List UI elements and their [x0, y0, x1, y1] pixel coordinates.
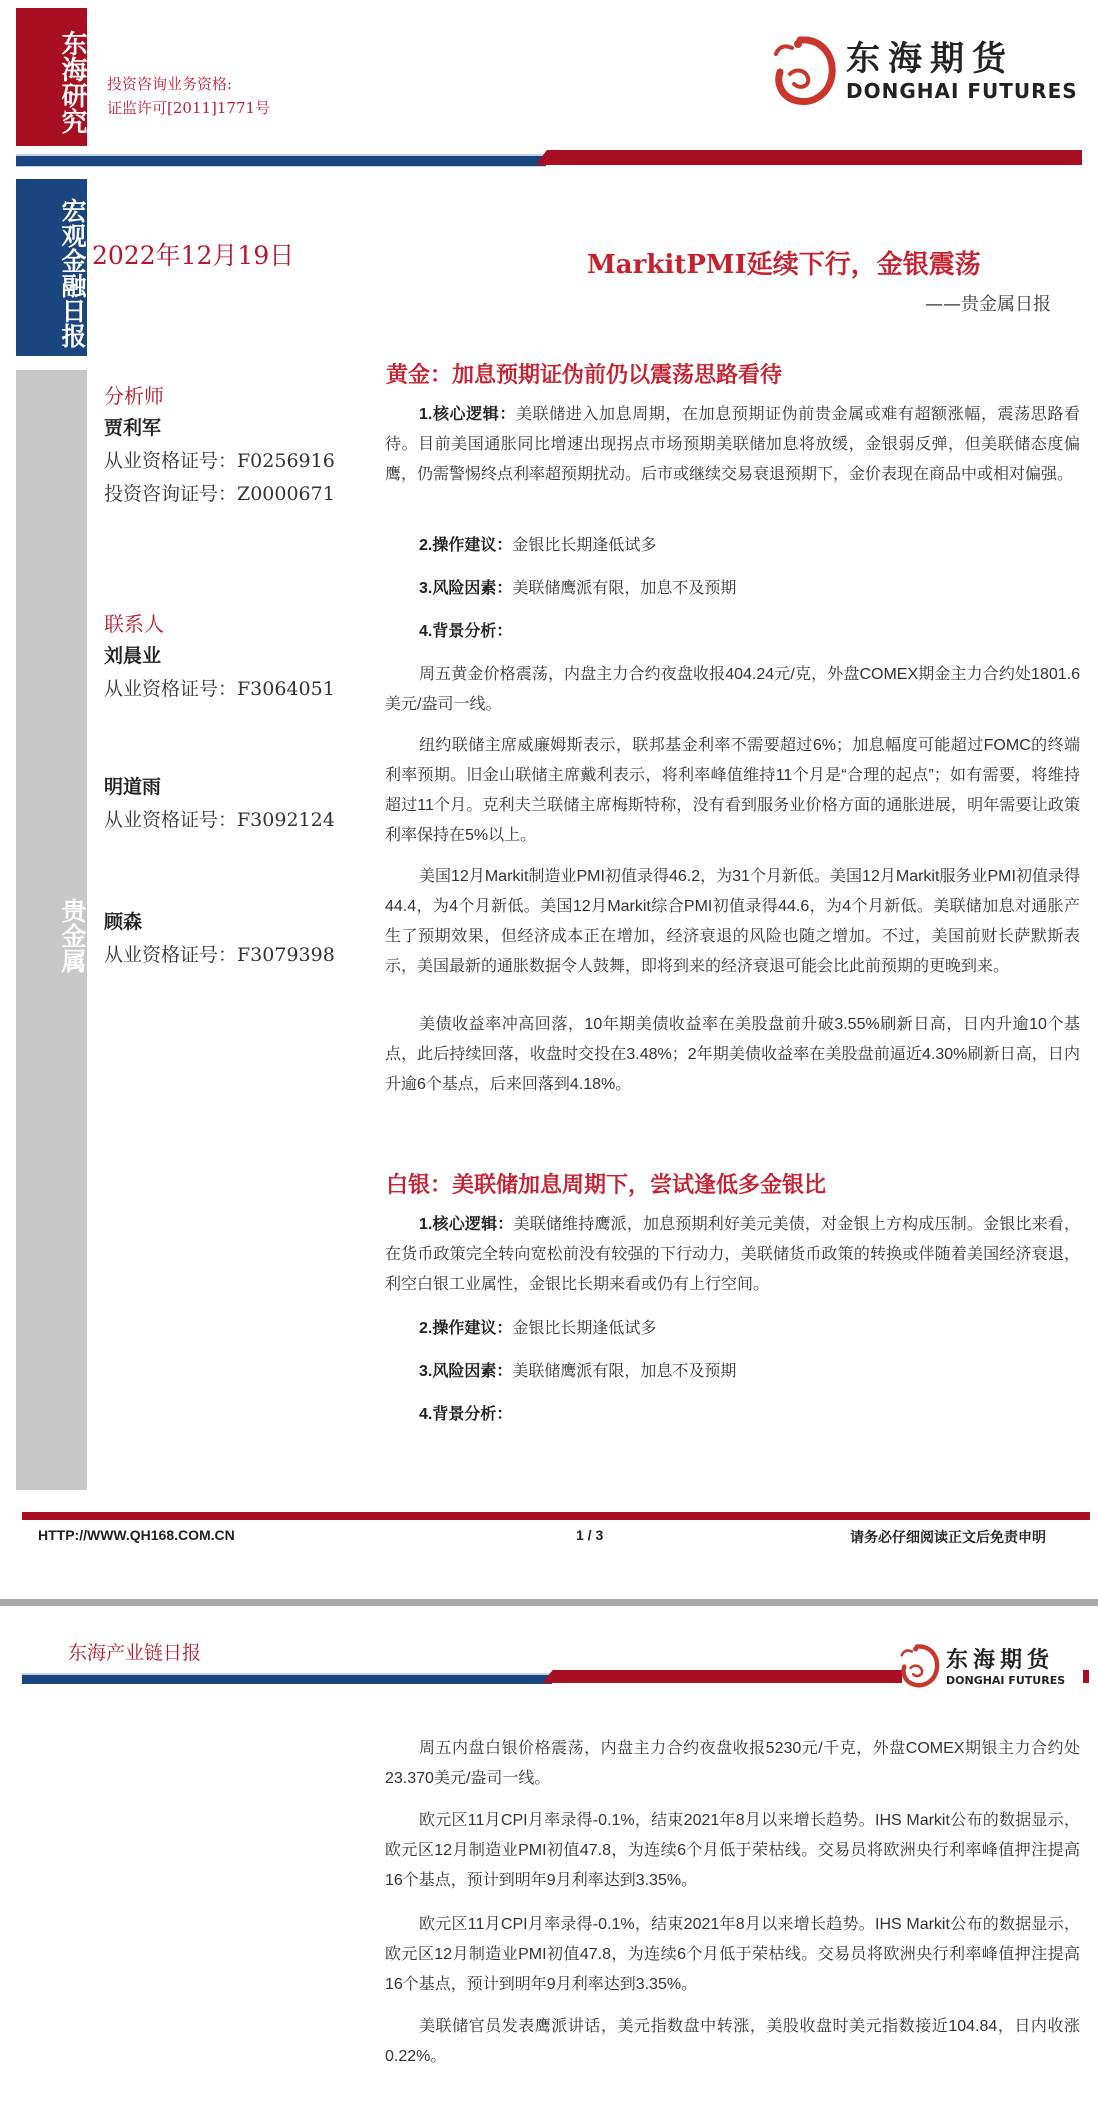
- company-logo: 东海期货 DONGHAI FUTURES: [770, 34, 1078, 108]
- silver-risk-text: 美联储鹰派有限，加息不及预期: [512, 1363, 736, 1380]
- contact-license: 从业资格证号：F3064051: [104, 674, 335, 701]
- gold-background-label: 4.背景分析：: [419, 623, 512, 640]
- logo-english: DONGHAI FUTURES: [946, 1674, 1065, 1687]
- contact-heading: 联系人: [104, 608, 164, 637]
- silver-core-logic: 1.核心逻辑：美联储维持鹰派，加息预期利好美元美债，对金银上方构成压制。金银比来…: [385, 1210, 1080, 1300]
- analyst-name: 贾利军: [104, 413, 161, 440]
- header-bar-blue: [16, 154, 546, 167]
- contact-license: 从业资格证号：F3092124: [104, 805, 335, 832]
- gold-paragraph: 美债收益率冲高回落，10年期美债收益率在美股盘前升破3.55%刷新日高，日内升逾…: [385, 1010, 1080, 1100]
- page2-paragraph: 美联储官员发表鹰派讲话，美元指数盘中转涨，美股收盘时美元指数接近104.84，日…: [385, 2012, 1080, 2072]
- contact-name: 刘晨业: [104, 641, 161, 668]
- footer-bar: [22, 1512, 1090, 1520]
- gold-core-label: 1.核心逻辑：: [419, 406, 516, 423]
- gold-core-logic: 1.核心逻辑：美联储进入加息周期，在加息预期证伪前贵金属或难有超额涨幅，震荡思路…: [385, 400, 1080, 490]
- qualification-line1: 投资咨询业务资格:: [107, 72, 270, 96]
- gold-paragraph: 美国12月Markit制造业PMI初值录得46.2，为31个月新低。美国12月M…: [385, 862, 1080, 982]
- contact-name: 顾森: [104, 907, 142, 934]
- contact-license: 从业资格证号：F3079398: [104, 940, 335, 967]
- gold-background: 4.背景分析：: [385, 617, 512, 647]
- report-title: MarkitPMI延续下行，金银震荡: [587, 244, 981, 281]
- silver-advice-text: 金银比长期逢低试多: [512, 1320, 656, 1337]
- silver-advice: 2.操作建议：金银比长期逢低试多: [385, 1314, 656, 1344]
- footer-page-number: 1 / 3: [576, 1527, 603, 1543]
- gold-advice-text: 金银比长期逢低试多: [512, 537, 656, 554]
- analyst-heading: 分析师: [104, 380, 164, 409]
- silver-background-label: 4.背景分析：: [419, 1406, 512, 1423]
- silver-section-title: 白银：美联储加息周期下，尝试逢低多金银比: [386, 1168, 826, 1199]
- gold-paragraph: 周五黄金价格震荡，内盘主力合约夜盘收报404.24元/克，外盘COMEX期金主力…: [385, 660, 1080, 720]
- gold-risk-label: 3.风险因素：: [419, 580, 512, 597]
- silver-background: 4.背景分析：: [385, 1400, 512, 1430]
- silver-core-label: 1.核心逻辑：: [419, 1216, 514, 1233]
- page2-header-bar-red: [542, 1670, 902, 1683]
- footer-disclaimer: 请务必仔细阅读正文后免责申明: [850, 1527, 1046, 1547]
- gold-section-title: 黄金：加息预期证伪前仍以震荡思路看待: [386, 358, 782, 389]
- dragon-logo-icon: [770, 34, 840, 108]
- page2-header-bar-red-end: [1083, 1670, 1089, 1683]
- sector-tab: 贵金属: [16, 370, 87, 1490]
- footer-url[interactable]: HTTP://WWW.QH168.COM.CN: [38, 1527, 235, 1543]
- header-bar-red: [536, 150, 1082, 165]
- logo-chinese: 东海期货: [946, 1646, 1065, 1674]
- page2-header-bar-blue: [22, 1673, 552, 1684]
- analyst-license1: 从业资格证号：F0256916: [104, 446, 335, 473]
- page2-header-title: 东海产业链日报: [68, 1638, 201, 1665]
- gold-advice: 2.操作建议：金银比长期逢低试多: [385, 531, 656, 561]
- qualification-text: 投资咨询业务资格: 证监许可[2011]1771号: [107, 72, 270, 120]
- category-tab: 宏观金融日报: [16, 179, 87, 356]
- silver-risk: 3.风险因素：美联储鹰派有限，加息不及预期: [385, 1357, 736, 1387]
- report-date: 2022年12月19日: [92, 236, 294, 272]
- silver-risk-label: 3.风险因素：: [419, 1363, 512, 1380]
- gold-risk: 3.风险因素：美联储鹰派有限，加息不及预期: [385, 574, 736, 604]
- page2-paragraph: 欧元区11月CPI月率录得-0.1%，结束2021年8月以来增长趋势。IHS M…: [385, 1910, 1080, 2000]
- gold-advice-label: 2.操作建议：: [419, 537, 512, 554]
- page-separator: [0, 1599, 1098, 1606]
- logo-english: DONGHAI FUTURES: [846, 79, 1078, 103]
- analyst-license2: 投资咨询证号：Z0000671: [104, 479, 335, 506]
- gold-risk-text: 美联储鹰派有限，加息不及预期: [512, 580, 736, 597]
- gold-paragraph: 纽约联储主席威廉姆斯表示，联邦基金利率不需要超过6%；加息幅度可能超过FOMC的…: [385, 731, 1080, 851]
- report-subtitle: ——贵金属日报: [925, 290, 1051, 316]
- dragon-logo-icon: [898, 1638, 942, 1694]
- page2-paragraph: 欧元区11月CPI月率录得-0.1%，结束2021年8月以来增长趋势。IHS M…: [385, 1806, 1080, 1896]
- contact-name: 明道雨: [104, 772, 161, 799]
- page2-paragraph: 周五内盘白银价格震荡，内盘主力合约夜盘收报5230元/千克，外盘COMEX期银主…: [385, 1734, 1080, 1794]
- logo-chinese: 东海期货: [846, 39, 1078, 79]
- qualification-line2: 证监许可[2011]1771号: [107, 96, 270, 120]
- page2-company-logo: 东海期货 DONGHAI FUTURES: [898, 1638, 1065, 1694]
- research-tab: 东海研究: [16, 8, 87, 146]
- silver-advice-label: 2.操作建议：: [419, 1320, 512, 1337]
